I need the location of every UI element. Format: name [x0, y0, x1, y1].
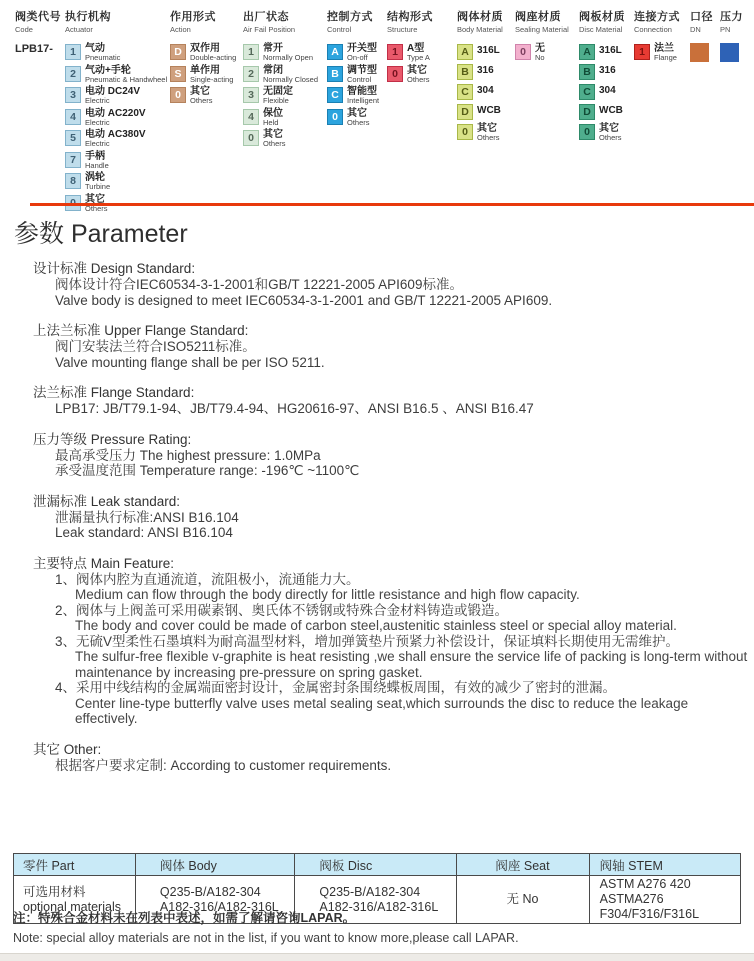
- section-1: 上法兰标准 Upper Flange Standard:阀门安装法兰符合ISO5…: [0, 322, 754, 370]
- option-label-en: Double-acting: [190, 54, 236, 63]
- column-dn-title-zh: 口径: [690, 8, 720, 24]
- option-disc_material-0: 0其它Others: [579, 123, 634, 143]
- option-label-en: Single-acting: [190, 76, 233, 85]
- option-label: 其它Others: [477, 123, 500, 143]
- column-structure-header: 结构形式Structure: [387, 8, 457, 34]
- option-label-zh: 316: [599, 63, 616, 79]
- option-label-zh: 单作用: [190, 65, 233, 76]
- column-pn-title-zh: 压力: [720, 8, 750, 24]
- option-code-box: 0: [457, 124, 473, 140]
- section-line: 最高承受压力 The highest pressure: 1.0MPa: [55, 448, 754, 464]
- option-body_material-C: C304: [457, 83, 515, 101]
- column-structure: 结构形式Structure1A型Type A0其它Others: [387, 8, 457, 215]
- option-disc_material-B: B316: [579, 63, 634, 81]
- column-control: 控制方式ControlA开关型On-offB调节型ControlC智能型Inte…: [327, 8, 387, 215]
- option-code-box: A: [457, 44, 473, 60]
- option-code-box: B: [579, 64, 595, 80]
- column-connection: 连接方式Connection1法兰Flange: [634, 8, 690, 215]
- option-label-en: Normally Closed: [263, 76, 318, 85]
- option-label-zh: 电动 AC220V: [85, 108, 146, 119]
- section-line: 承受温度范围 Temperature range: -196℃ ~1100℃: [55, 463, 754, 479]
- option-label-zh: 304: [599, 83, 616, 99]
- feature-en: Center line-type butterfly valve uses me…: [75, 696, 754, 727]
- column-action-title-en: Action: [170, 25, 243, 34]
- column-dn: 口径DN: [690, 8, 720, 215]
- option-code-box: D: [457, 104, 473, 120]
- feature-en: The sulfur-free flexible v-graphite is h…: [75, 649, 754, 665]
- option-label-en: On-off: [347, 54, 377, 63]
- option-label-en: Handle: [85, 162, 109, 171]
- column-dn-header: 口径DN: [690, 8, 720, 34]
- section-3: 压力等级 Pressure Rating:最高承受压力 The highest …: [0, 431, 754, 479]
- option-code-box: 3: [65, 87, 81, 103]
- column-connection-title-zh: 连接方式: [634, 8, 690, 24]
- notes: 注：特殊合金材料未在列表中表述，如需了解请咨询LAPAR。 Note: spec…: [13, 909, 519, 948]
- option-label: 304: [599, 83, 616, 99]
- option-label-zh: 316L: [477, 43, 500, 59]
- table-header-row: 零件 Part阀体 Body阀板 Disc阀座 Seat阀轴 STEM: [14, 854, 741, 876]
- option-code-box: 1: [243, 44, 259, 60]
- option-label-en: Intelligent: [347, 97, 379, 106]
- option-label-en: Others: [263, 140, 286, 149]
- option-actuator-2: 2气动+手轮Pneumatic & Handwheel: [65, 65, 170, 85]
- column-body_material-title-en: Body Material: [457, 25, 515, 34]
- feature-zh: 2、阀体与上阀盖可采用碳素钢、奥氏体不锈钢或特殊合金材料铸造或锻造。: [55, 603, 754, 619]
- option-body_material-D: DWCB: [457, 103, 515, 121]
- option-label: 保位Held: [263, 108, 283, 128]
- parameter-sections: 设计标准 Design Standard:阀体设计符合IEC60534-3-1-…: [0, 260, 754, 773]
- column-sealing_material-title-zh: 阀座材质: [515, 8, 579, 24]
- option-label: A型Type A: [407, 43, 430, 63]
- option-code-box: A: [579, 44, 595, 60]
- column-disc_material-title-en: Disc Material: [579, 25, 634, 34]
- model-code-chart: 阀类代号CodeLPB17-执行机构Actuator1气动Pneumatic2气…: [15, 8, 750, 215]
- feature-zh: 4、采用中线结构的金属端面密封设计，金属密封条围绕蝶板周围，有效的减少了密封的泄…: [55, 680, 754, 696]
- option-label-en: Normally Open: [263, 54, 313, 63]
- option-label-zh: 其它: [347, 108, 370, 119]
- column-disc_material: 阀板材质Disc MaterialA316LB316C304DWCB0其它Oth…: [579, 8, 634, 215]
- column-connection-title-en: Connection: [634, 25, 690, 34]
- option-air_fail-4: 4保位Held: [243, 108, 327, 128]
- option-label-en: Others: [477, 134, 500, 143]
- option-air_fail-3: 3无固定Flexible: [243, 86, 327, 106]
- option-control-C: C智能型Intelligent: [327, 86, 387, 106]
- option-code-box: 1: [634, 44, 650, 60]
- option-body_material-0: 0其它Others: [457, 123, 515, 143]
- option-label: 涡轮Turbine: [85, 172, 110, 192]
- option-label-en: Flange: [654, 54, 677, 63]
- option-action-S: S单作用Single-acting: [170, 65, 243, 85]
- column-actuator-header: 执行机构Actuator: [65, 8, 170, 34]
- parameter-section: 参数 Parameter 设计标准 Design Standard:阀体设计符合…: [0, 214, 754, 787]
- option-actuator-3: 3电动 DC24VElectric: [65, 86, 170, 106]
- option-label: 316: [477, 63, 494, 79]
- section-0: 设计标准 Design Standard:阀体设计符合IEC60534-3-1-…: [0, 260, 754, 308]
- option-label-zh: WCB: [599, 103, 623, 119]
- option-code-box: C: [457, 84, 473, 100]
- option-label-en: Pneumatic: [85, 54, 120, 63]
- section-heading: 法兰标准 Flange Standard:: [33, 384, 754, 401]
- column-actuator-title-zh: 执行机构: [65, 8, 170, 24]
- option-code-box: 3: [243, 87, 259, 103]
- column-body_material-header: 阀体材质Body Material: [457, 8, 515, 34]
- option-label-en: Others: [190, 97, 213, 106]
- option-code-box: 0: [327, 109, 343, 125]
- option-code-box: 0: [579, 124, 595, 140]
- option-label: 其它Others: [347, 108, 370, 128]
- column-disc_material-title-zh: 阀板材质: [579, 8, 634, 24]
- option-code-box: 2: [243, 66, 259, 82]
- option-action-D: D双作用Double-acting: [170, 43, 243, 63]
- option-code-box: 0: [243, 130, 259, 146]
- note-zh: 注：特殊合金材料未在列表中表述，如需了解请咨询LAPAR。: [13, 909, 519, 928]
- section-heading: 上法兰标准 Upper Flange Standard:: [33, 322, 754, 339]
- column-body_material-title-zh: 阀体材质: [457, 8, 515, 24]
- option-label: WCB: [477, 103, 501, 119]
- option-label-zh: 316L: [599, 43, 622, 59]
- option-air_fail-2: 2常闭Normally Closed: [243, 65, 327, 85]
- option-control-B: B调节型Control: [327, 65, 387, 85]
- option-label: 316L: [599, 43, 622, 59]
- column-code-title-en: Code: [15, 25, 65, 34]
- option-code-box: C: [579, 84, 595, 100]
- page-edge: [0, 953, 754, 961]
- column-code-title-zh: 阀类代号: [15, 8, 65, 24]
- column-connection-header: 连接方式Connection: [634, 8, 690, 34]
- option-actuator-1: 1气动Pneumatic: [65, 43, 170, 63]
- section-line: 阀门安装法兰符合ISO5211标准。: [55, 339, 754, 355]
- option-code-box: C: [327, 87, 343, 103]
- option-label-zh: 其它: [407, 65, 430, 76]
- section-line: Leak standard: ANSI B16.104: [55, 525, 754, 541]
- divider-line: [30, 203, 754, 206]
- option-label: WCB: [599, 103, 623, 119]
- option-label: 智能型Intelligent: [347, 86, 379, 106]
- option-label-en: Electric: [85, 140, 146, 149]
- option-label: 其它Others: [190, 86, 213, 106]
- option-sealing_material-0: 0无No: [515, 43, 579, 63]
- option-label: 法兰Flange: [654, 43, 677, 63]
- option-body_material-B: B316: [457, 63, 515, 81]
- section-heading: 设计标准 Design Standard:: [33, 260, 754, 277]
- column-disc_material-header: 阀板材质Disc Material: [579, 8, 634, 34]
- column-pn: 压力PN: [720, 8, 750, 215]
- option-disc_material-C: C304: [579, 83, 634, 101]
- column-action-title-zh: 作用形式: [170, 8, 243, 24]
- option-actuator-4: 4电动 AC220VElectric: [65, 108, 170, 128]
- column-actuator-title-en: Actuator: [65, 25, 170, 34]
- option-actuator-7: 7手柄Handle: [65, 151, 170, 171]
- option-label-zh: 304: [477, 83, 494, 99]
- option-structure-1: 1A型Type A: [387, 43, 457, 63]
- column-sealing_material-header: 阀座材质Sealing Material: [515, 8, 579, 34]
- column-pn-title-en: PN: [720, 25, 750, 34]
- option-label: 电动 AC380VElectric: [85, 129, 146, 149]
- section-heading: 泄漏标准 Leak standard:: [33, 493, 754, 510]
- column-structure-title-en: Structure: [387, 25, 457, 34]
- option-label-en: No: [535, 54, 545, 63]
- option-code-box: 1: [387, 44, 403, 60]
- option-label: 调节型Control: [347, 65, 377, 85]
- column-actuator: 执行机构Actuator1气动Pneumatic2气动+手轮Pneumatic …: [65, 8, 170, 215]
- section-4: 泄漏标准 Leak standard:泄漏量执行标准:ANSI B16.104L…: [0, 493, 754, 541]
- option-label-en: Type A: [407, 54, 430, 63]
- section-line: 泄漏量执行标准:ANSI B16.104: [55, 510, 754, 526]
- option-label-zh: 316: [477, 63, 494, 79]
- option-label: 手柄Handle: [85, 151, 109, 171]
- option-label-en: Others: [347, 119, 370, 128]
- option-code-box: 4: [243, 109, 259, 125]
- option-label: 其它Others: [407, 65, 430, 85]
- option-code-box: 5: [65, 130, 81, 146]
- section-line: 根据客户要求定制: According to customer requirem…: [55, 758, 754, 774]
- option-actuator-8: 8涡轮Turbine: [65, 172, 170, 192]
- option-label: 其它Others: [263, 129, 286, 149]
- option-code-box: 0: [387, 66, 403, 82]
- option-label-zh: 气动+手轮: [85, 65, 167, 76]
- option-label-en: Turbine: [85, 183, 110, 192]
- option-label: 常开Normally Open: [263, 43, 313, 63]
- option-code-box: 2: [65, 66, 81, 82]
- table-header-cell: 阀板 Disc: [295, 854, 457, 876]
- option-label: 304: [477, 83, 494, 99]
- option-label-en: Others: [407, 76, 430, 85]
- code-value: LPB17-: [15, 43, 65, 55]
- parameter-title: 参数 Parameter: [14, 214, 754, 250]
- option-label: 气动+手轮Pneumatic & Handwheel: [85, 65, 167, 85]
- option-structure-0: 0其它Others: [387, 65, 457, 85]
- option-code-box: B: [327, 66, 343, 82]
- section-2: 法兰标准 Flange Standard:LPB17: JB/T79.1-94、…: [0, 384, 754, 417]
- dn-color-swatch: [690, 43, 709, 62]
- option-body_material-A: A316L: [457, 43, 515, 61]
- column-air_fail-title-zh: 出厂状态: [243, 8, 327, 24]
- option-code-box: 0: [515, 44, 531, 60]
- table-header-cell: 零件 Part: [14, 854, 136, 876]
- column-pn-header: 压力PN: [720, 8, 750, 34]
- column-air_fail-header: 出厂状态Air Fail Position: [243, 8, 327, 34]
- note-en: Note: special alloy materials are not in…: [13, 928, 519, 948]
- option-label: 单作用Single-acting: [190, 65, 233, 85]
- column-dn-title-en: DN: [690, 25, 720, 34]
- option-label: 常闭Normally Closed: [263, 65, 318, 85]
- column-action: 作用形式ActionD双作用Double-actingS单作用Single-ac…: [170, 8, 243, 215]
- option-code-box: D: [170, 44, 186, 60]
- option-air_fail-1: 1常开Normally Open: [243, 43, 327, 63]
- feature-zh: 1、阀体内腔为直通流道，流阻极小，流通能力大。: [55, 572, 754, 588]
- option-disc_material-D: DWCB: [579, 103, 634, 121]
- column-code-header: 阀类代号Code: [15, 8, 65, 34]
- catalog-page: 阀类代号CodeLPB17-执行机构Actuator1气动Pneumatic2气…: [0, 0, 754, 961]
- section-line: 阀体设计符合IEC60534-3-1-2001和GB/T 12221-2005 …: [55, 277, 754, 293]
- option-label-zh: 常闭: [263, 65, 318, 76]
- section-heading: 主要特点 Main Feature:: [33, 555, 754, 572]
- column-structure-title-zh: 结构形式: [387, 8, 457, 24]
- option-code-box: 7: [65, 152, 81, 168]
- option-control-A: A开关型On-off: [327, 43, 387, 63]
- column-air_fail-title-en: Air Fail Position: [243, 25, 327, 34]
- option-label-zh: 手柄: [85, 151, 109, 162]
- option-code-box: 4: [65, 109, 81, 125]
- column-code: 阀类代号CodeLPB17-: [15, 8, 65, 215]
- option-disc_material-A: A316L: [579, 43, 634, 61]
- option-label-en: Flexible: [263, 97, 293, 106]
- section-5: 主要特点 Main Feature:1、阀体内腔为直通流道，流阻极小，流通能力大…: [0, 555, 754, 727]
- feature-en: The body and cover could be made of carb…: [75, 618, 754, 634]
- option-label-zh: 调节型: [347, 65, 377, 76]
- option-code-box: A: [327, 44, 343, 60]
- option-label-zh: WCB: [477, 103, 501, 119]
- column-control-header: 控制方式Control: [327, 8, 387, 34]
- option-label: 其它Others: [599, 123, 622, 143]
- option-label-zh: 保位: [263, 108, 283, 119]
- option-label-en: Control: [347, 76, 377, 85]
- feature-en: maintenance by increasing pre-pressure o…: [75, 665, 754, 681]
- option-code-box: 1: [65, 44, 81, 60]
- section-line: LPB17: JB/T79.1-94、JB/T79.4-94、HG20616-9…: [55, 401, 754, 417]
- option-label-en: Electric: [85, 97, 140, 106]
- section-6: 其它 Other:根据客户要求定制: According to customer…: [0, 741, 754, 774]
- option-label-en: Electric: [85, 119, 146, 128]
- option-code-box: 8: [65, 173, 81, 189]
- section-heading: 压力等级 Pressure Rating:: [33, 431, 754, 448]
- feature-en: Medium can flow through the body directl…: [75, 587, 754, 603]
- column-sealing_material: 阀座材质Sealing Material0无No: [515, 8, 579, 215]
- option-code-box: B: [457, 64, 473, 80]
- feature-zh: 3、无硫V型柔性石墨填料为耐高温型材料，增加弹簧垫片预紧力补偿设计，保证填料长期…: [55, 634, 754, 650]
- option-connection-1: 1法兰Flange: [634, 43, 690, 63]
- column-control-title-en: Control: [327, 25, 387, 34]
- section-line: Valve body is designed to meet IEC60534-…: [55, 293, 754, 309]
- option-label: 无No: [535, 43, 545, 63]
- column-body_material: 阀体材质Body MaterialA316LB316C304DWCB0其它Oth…: [457, 8, 515, 215]
- option-actuator-5: 5电动 AC380VElectric: [65, 129, 170, 149]
- column-action-header: 作用形式Action: [170, 8, 243, 34]
- option-label: 双作用Double-acting: [190, 43, 236, 63]
- section-heading: 其它 Other:: [33, 741, 754, 758]
- column-sealing_material-title-en: Sealing Material: [515, 25, 579, 34]
- section-line: Valve mounting flange shall be per ISO 5…: [55, 355, 754, 371]
- option-label-en: Pneumatic & Handwheel: [85, 76, 167, 85]
- table-header-cell: 阀体 Body: [135, 854, 295, 876]
- table-header-cell: 阀轴 STEM: [589, 854, 740, 876]
- column-air_fail: 出厂状态Air Fail Position1常开Normally Open2常闭…: [243, 8, 327, 215]
- option-label: 无固定Flexible: [263, 86, 293, 106]
- option-label: 316: [599, 63, 616, 79]
- column-control-title-zh: 控制方式: [327, 8, 387, 24]
- option-air_fail-0: 0其它Others: [243, 129, 327, 149]
- pn-color-swatch: [720, 43, 739, 62]
- option-label: 气动Pneumatic: [85, 43, 120, 63]
- option-label: 316L: [477, 43, 500, 59]
- option-action-0: 0其它Others: [170, 86, 243, 106]
- option-label-en: Held: [263, 119, 283, 128]
- option-code-box: 0: [170, 87, 186, 103]
- option-label-en: Others: [599, 134, 622, 143]
- option-code-box: D: [579, 104, 595, 120]
- option-label: 开关型On-off: [347, 43, 377, 63]
- option-label: 电动 DC24VElectric: [85, 86, 140, 106]
- table-cell: ASTM A276 420 ASTMA276 F304/F316/F316L: [589, 876, 740, 924]
- option-code-box: S: [170, 66, 186, 82]
- option-control-0: 0其它Others: [327, 108, 387, 128]
- table-header-cell: 阀座 Seat: [457, 854, 589, 876]
- option-label: 电动 AC220VElectric: [85, 108, 146, 128]
